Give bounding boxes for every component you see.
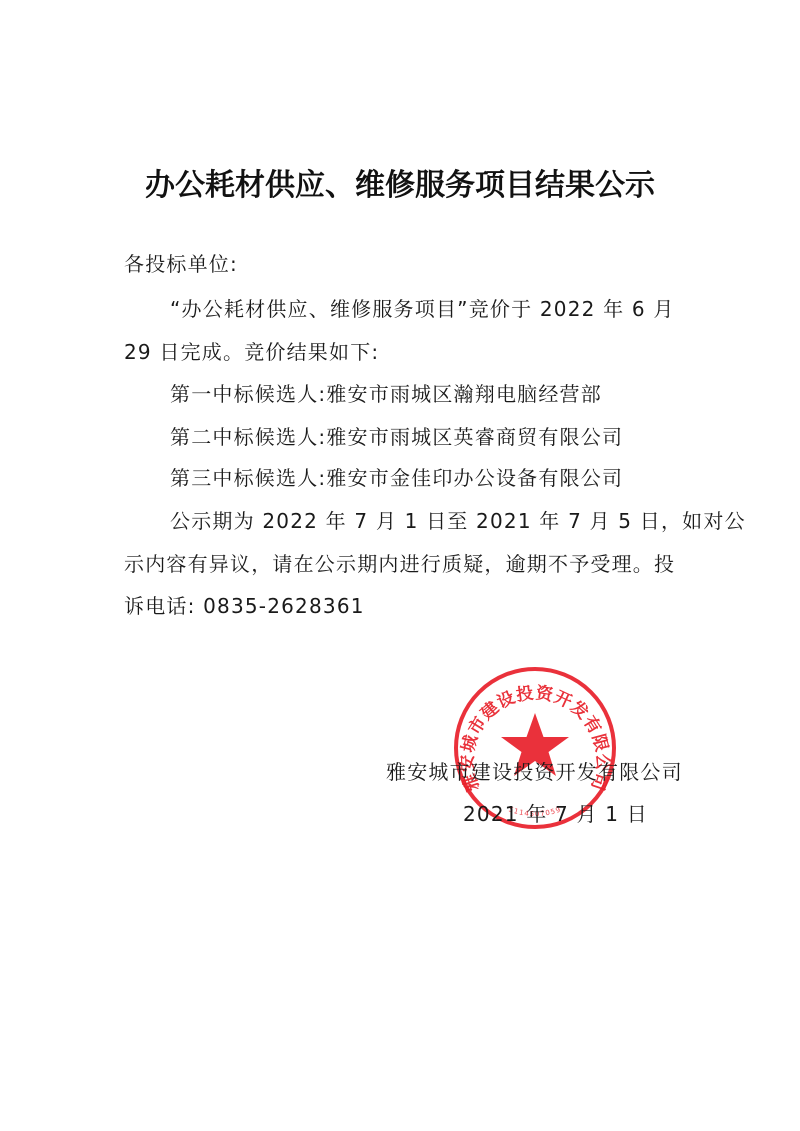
paragraph2-line3: 诉电话: 0835-2628361 — [124, 592, 365, 620]
paragraph2-line1: 公示期为 2022 年 7 月 1 日至 2021 年 7 月 5 日，如对公 — [170, 507, 746, 535]
salutation: 各投标单位: — [124, 250, 238, 278]
paragraph1-line2: 29 日完成。竞价结果如下: — [124, 338, 379, 366]
candidate-3-name: 雅安市金佳印办公设备有限公司 — [326, 466, 623, 490]
document-page: 办公耗材供应、维修服务项目结果公示 各投标单位: “办公耗材供应、维修服务项目”… — [0, 0, 800, 1131]
candidate-2: 第二中标候选人:雅安市雨城区英睿商贸有限公司 — [170, 423, 623, 451]
candidate-1: 第一中标候选人:雅安市雨城区瀚翔电脑经营部 — [170, 380, 602, 408]
candidate-2-label: 第二中标候选人: — [170, 425, 326, 449]
signature-date: 2021 年 7 月 1 日 — [463, 800, 648, 828]
signature-organization: 雅安城市建设投资开发有限公司 — [386, 758, 683, 786]
candidate-1-name: 雅安市雨城区瀚翔电脑经营部 — [326, 382, 602, 406]
candidate-1-label: 第一中标候选人: — [170, 382, 326, 406]
candidate-3-label: 第三中标候选人: — [170, 466, 326, 490]
document-title: 办公耗材供应、维修服务项目结果公示 — [0, 166, 800, 206]
paragraph2-line2: 示内容有异议，请在公示期内进行质疑，逾期不予受理。投 — [124, 550, 675, 578]
candidate-3: 第三中标候选人:雅安市金佳印办公设备有限公司 — [170, 464, 623, 492]
paragraph1-line1: “办公耗材供应、维修服务项目”竞价于 2022 年 6 月 — [170, 295, 675, 323]
candidate-2-name: 雅安市雨城区英睿商贸有限公司 — [326, 425, 623, 449]
